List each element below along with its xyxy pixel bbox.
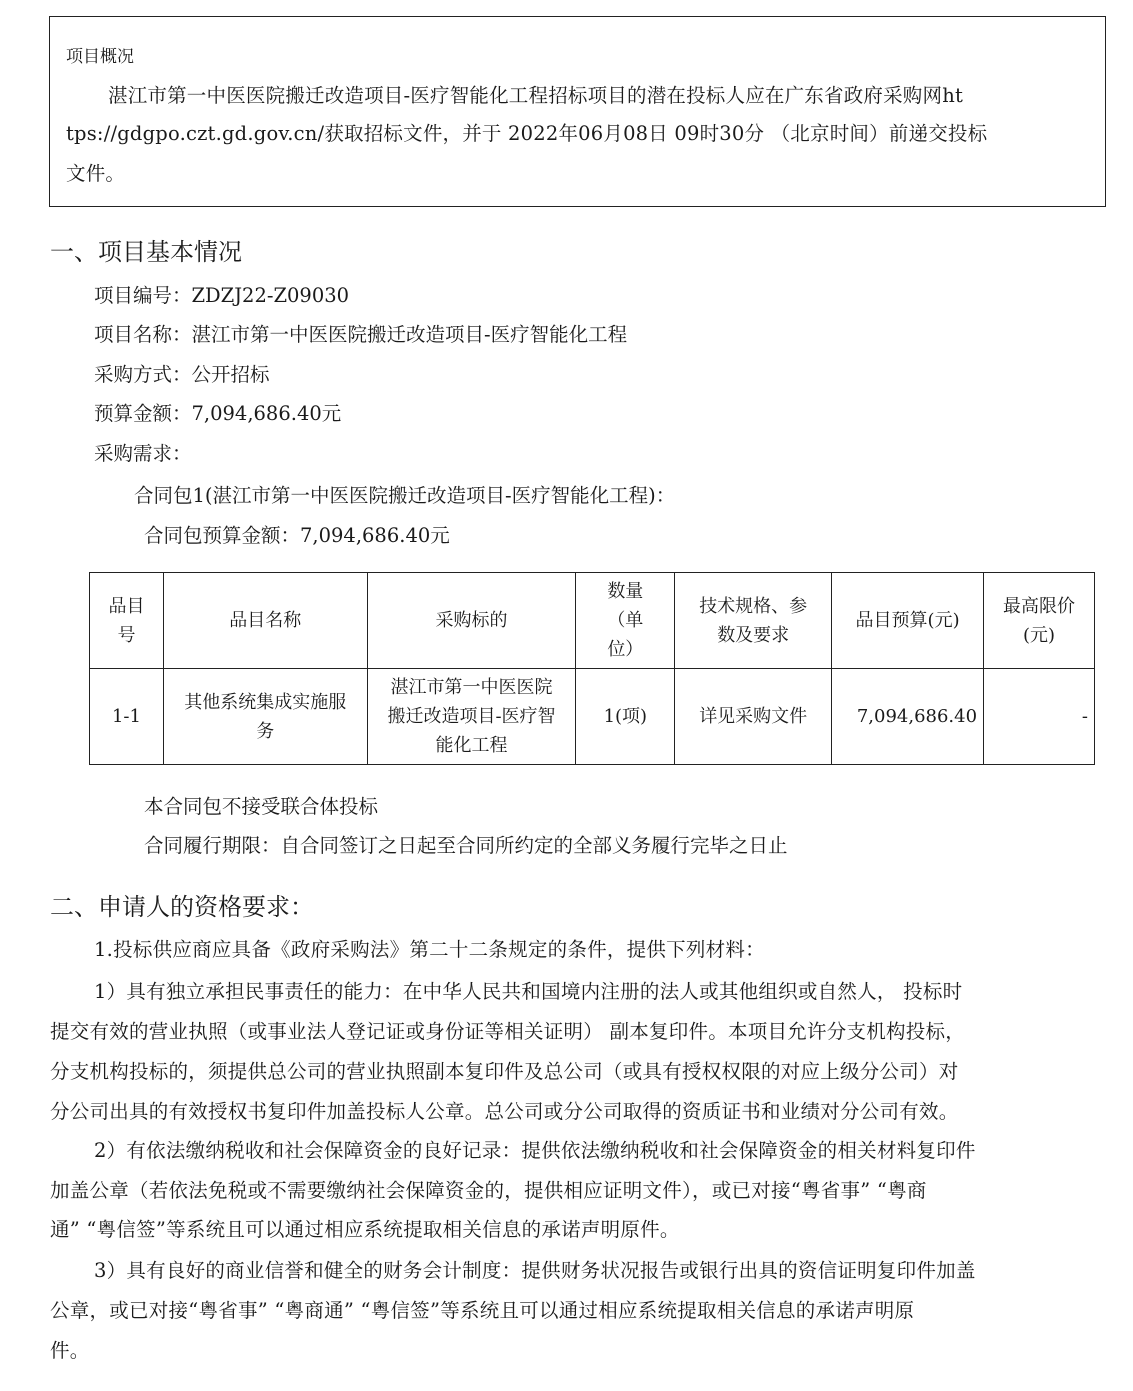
project-overview-box: [49, 16, 1106, 207]
header-item-name: 品目名称: [163, 573, 367, 669]
field-project-number: 项目编号：ZDZJ22-Z09030: [94, 280, 349, 308]
header-spec: 技术规格、参数及要求: [675, 573, 832, 669]
table-row: 1-1 其他系统集成实施服务 湛江市第一中医医院搬迁改造项目-医疗智能化工程 1…: [90, 669, 1095, 765]
field-project-name: 项目名称：湛江市第一中医医院搬迁改造项目-医疗智能化工程: [94, 319, 627, 347]
item2-line-3: 通” “粤信签”等系统且可以通过相应系统提取相关信息的承诺声明原件。: [50, 1214, 680, 1242]
header-max-price: 最高限价(元): [984, 573, 1095, 669]
item3-line-3: 件。: [50, 1335, 90, 1363]
overview-line-2: tps://gdgpo.czt.gd.gov.cn/获取招标文件，并于 2022…: [66, 118, 987, 146]
section-1-heading: 一、项目基本情况: [50, 232, 242, 267]
field-procurement-method: 采购方式：公开招标: [94, 359, 270, 387]
note-no-consortium: 本合同包不接受联合体投标: [144, 791, 378, 819]
cell-item-name: 其他系统集成实施服务: [163, 669, 367, 765]
cell-budget: 7,094,686.40: [832, 669, 984, 765]
overview-line-1: 湛江市第一中医医院搬迁改造项目-医疗智能化工程招标项目的潜在投标人应在广东省政府…: [108, 80, 963, 108]
item1-line-3: 分支机构投标的，须提供总公司的营业执照副本复印件及总公司（或具有授权权限的对应上…: [50, 1056, 959, 1084]
header-item-no: 品目号: [90, 573, 164, 669]
header-budget: 品目预算(元): [832, 573, 984, 669]
qualification-intro: 1.投标供应商应具备《政府采购法》第二十二条规定的条件，提供下列材料：: [94, 934, 765, 962]
field-procurement-requirements: 采购需求：: [94, 438, 192, 466]
overview-line-3: 文件。: [66, 158, 125, 186]
item1-line-1: 1）具有独立承担民事责任的能力：在中华人民共和国境内注册的法人或其他组织或自然人…: [94, 976, 962, 1004]
items-table: 品目号 品目名称 采购标的 数量（单位） 技术规格、参数及要求 品目预算(元) …: [89, 572, 1095, 765]
item3-line-1: 3）具有良好的商业信誉和健全的财务会计制度：提供财务状况报告或银行出具的资信证明…: [94, 1255, 976, 1283]
overview-title: 项目概况: [66, 42, 134, 67]
cell-max-price: -: [984, 669, 1095, 765]
item2-line-1: 2）有依法缴纳税收和社会保障资金的良好记录：提供依法缴纳税收和社会保障资金的相关…: [94, 1135, 976, 1163]
header-quantity: 数量（单位）: [576, 573, 675, 669]
item1-line-4: 分公司出具的有效授权书复印件加盖投标人公章。总公司或分公司取得的资质证书和业绩对…: [50, 1096, 959, 1124]
cell-subject: 湛江市第一中医医院搬迁改造项目-医疗智能化工程: [367, 669, 576, 765]
cell-spec: 详见采购文件: [675, 669, 832, 765]
item1-line-2: 提交有效的营业执照（或事业法人登记证或身份证等相关证明） 副本复印件。本项目允许…: [50, 1016, 965, 1044]
cell-quantity: 1(项): [576, 669, 675, 765]
table-header-row: 品目号 品目名称 采购标的 数量（单位） 技术规格、参数及要求 品目预算(元) …: [90, 573, 1095, 669]
note-contract-period: 合同履行期限：自合同签订之日起至合同所约定的全部义务履行完毕之日止: [144, 830, 788, 858]
package-budget: 合同包预算金额：7,094,686.40元: [144, 520, 450, 548]
field-budget-amount: 预算金额：7,094,686.40元: [94, 398, 341, 426]
section-2-heading: 二、申请人的资格要求：: [50, 887, 314, 922]
item2-line-2: 加盖公章（若依法免税或不需要缴纳社会保障资金的，提供相应证明文件），或已对接“粤…: [50, 1175, 927, 1203]
item3-line-2: 公章，或已对接“粤省事” “粤商通” “粤信签”等系统且可以通过相应系统提取相关…: [50, 1295, 914, 1323]
header-subject: 采购标的: [367, 573, 576, 669]
package-title: 合同包1(湛江市第一中医医院搬迁改造项目-医疗智能化工程)：: [134, 480, 675, 508]
cell-item-no: 1-1: [90, 669, 164, 765]
